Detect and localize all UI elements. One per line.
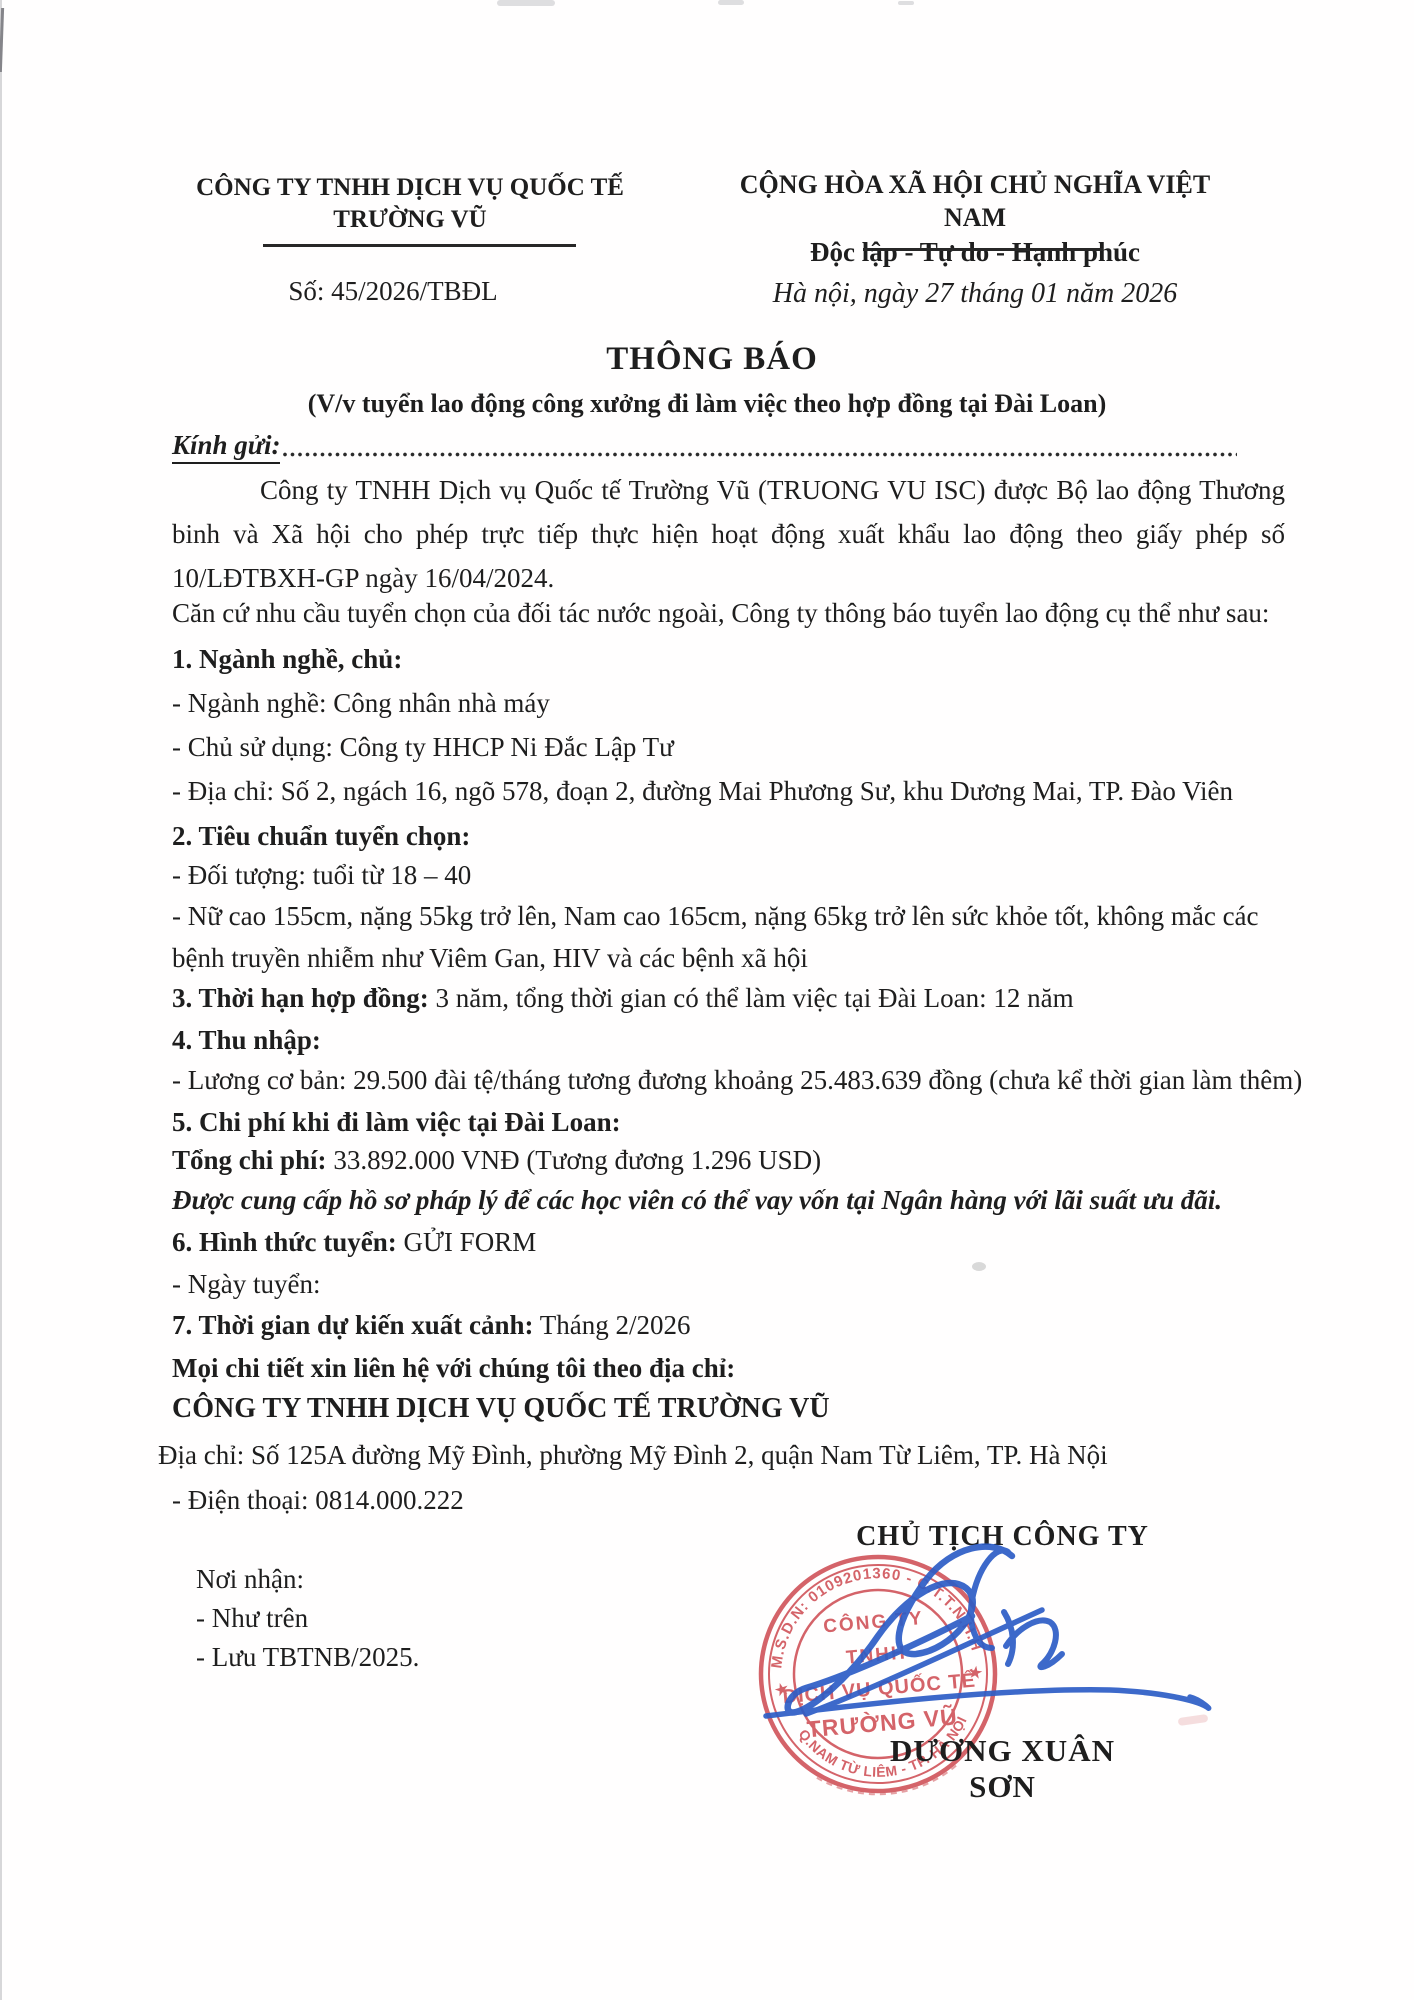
salutation-dotted-leader <box>282 451 1237 458</box>
section-7-label: 7. Thời gian dự kiến xuất cảnh: <box>172 1310 534 1340</box>
recipient-item-2: - Lưu TBTNB/2025. <box>196 1636 419 1678</box>
total-cost-label: Tổng chi phí: <box>172 1145 327 1175</box>
section-2-heading: 2. Tiêu chuẩn tuyển chọn: <box>172 815 470 857</box>
section-6-line: 6. Hình thức tuyển: GỬI FORM <box>172 1221 536 1263</box>
contact-intro-line: Mọi chi tiết xin liên hệ với chúng tôi t… <box>172 1347 735 1389</box>
section-6-value: GỬI FORM <box>397 1227 536 1257</box>
section-3-value: 3 năm, tổng thời gian có thể làm việc tạ… <box>429 983 1074 1013</box>
issuer-underline <box>263 244 576 247</box>
opening-paragraph: Công ty TNHH Dịch vụ Quốc tế Trường Vũ (… <box>172 468 1285 600</box>
job-line: - Ngành nghề: Công nhân nhà máy <box>172 682 550 724</box>
age-requirement-line: - Đối tượng: tuổi từ 18 – 40 <box>172 854 471 896</box>
document-subtitle: (V/v tuyển lao động công xưởng đi làm vi… <box>0 389 1414 419</box>
national-motto: Độc lập - Tự do - Hạnh phúc <box>728 234 1222 270</box>
scan-left-edge-mark <box>0 8 4 72</box>
scan-top-smudge <box>497 0 555 6</box>
employer-address-line: - Địa chỉ: Số 2, ngách 16, ngõ 578, đoạn… <box>172 770 1233 812</box>
total-cost-line: Tổng chi phí: 33.892.000 VNĐ (Tương đươn… <box>172 1139 821 1181</box>
section-5-heading: 5. Chi phí khi đi làm việc tại Đài Loan: <box>172 1101 621 1143</box>
recipient-item-1: - Như trên <box>196 1597 308 1639</box>
contact-phone-line: - Điện thoại: 0814.000.222 <box>172 1479 464 1521</box>
document-number: Số: 45/2026/TBĐL <box>133 276 653 307</box>
issuer-name-line1: CÔNG TY TNHH DỊCH VỤ QUỐC TẾ <box>150 172 670 204</box>
document-title: THÔNG BÁO <box>0 341 1414 378</box>
section-3-label: 3. Thời hạn hợp đồng: <box>172 983 429 1013</box>
health-requirement-line: - Nữ cao 155cm, nặng 55kg trở lên, Nam c… <box>172 895 1285 979</box>
scan-top-smudge <box>718 0 744 5</box>
signature-svg <box>700 1520 1260 1750</box>
section-6-label: 6. Hình thức tuyển: <box>172 1227 397 1257</box>
scan-speck <box>972 1262 986 1271</box>
section-1-heading: 1. Ngành nghề, chủ: <box>172 638 402 680</box>
handwritten-signature <box>700 1520 1260 1750</box>
section-2-label: 2. Tiêu chuẩn tuyển chọn: <box>172 821 470 851</box>
section-5-label: 5. Chi phí khi đi làm việc tại Đài Loan: <box>172 1107 621 1137</box>
salutation-label: Kính gửi: <box>172 430 280 464</box>
scan-top-smudge <box>898 1 914 5</box>
recipients-label: Nơi nhận: <box>196 1558 304 1600</box>
contact-address-line: Địa chỉ: Số 125A đường Mỹ Đình, phường M… <box>158 1434 1108 1476</box>
section-3-line: 3. Thời hạn hợp đồng: 3 năm, tổng thời g… <box>172 977 1074 1019</box>
recruit-date-line: - Ngày tuyển: <box>172 1263 320 1305</box>
contact-company-name: CÔNG TY TNHH DỊCH VỤ QUỐC TẾ TRƯỜNG VŨ <box>172 1388 830 1430</box>
section-4-heading: 4. Thu nhập: <box>172 1019 321 1061</box>
motto-underline <box>863 248 1103 251</box>
issuer-block: CÔNG TY TNHH DỊCH VỤ QUỐC TẾ TRƯỜNG VŨ <box>150 172 670 236</box>
national-title: CỘNG HÒA XÃ HỘI CHỦ NGHĨA VIỆT NAM <box>728 168 1222 234</box>
total-cost-value: 33.892.000 VNĐ (Tương đương 1.296 USD) <box>327 1145 822 1175</box>
section-7-line: 7. Thời gian dự kiến xuất cảnh: Tháng 2/… <box>172 1304 691 1346</box>
loan-note-line: Được cung cấp hồ sơ pháp lý để các học v… <box>172 1179 1222 1221</box>
section-1-label: 1. Ngành nghề, chủ: <box>172 644 402 674</box>
scan-left-edge <box>0 0 2 2000</box>
salary-line: - Lương cơ bản: 29.500 đài tệ/tháng tươn… <box>172 1059 1302 1101</box>
document-page: CÔNG TY TNHH DỊCH VỤ QUỐC TẾ TRƯỜNG VŨ S… <box>0 0 1414 2000</box>
issue-date: Hà nội, ngày 27 tháng 01 năm 2026 <box>728 278 1222 310</box>
section-4-label: 4. Thu nhập: <box>172 1025 321 1055</box>
signer-name: DƯƠNG XUÂN SƠN <box>855 1733 1150 1805</box>
basis-paragraph: Căn cứ nhu cầu tuyển chọn của đối tác nư… <box>172 592 1285 634</box>
section-7-value: Tháng 2/2026 <box>534 1310 691 1340</box>
salutation-line: Kính gửi: <box>172 430 1237 464</box>
employer-line: - Chủ sử dụng: Công ty HHCP Ni Đắc Lập T… <box>172 726 674 768</box>
issuer-name-line2: TRƯỜNG VŨ <box>150 204 670 236</box>
national-motto-block: CỘNG HÒA XÃ HỘI CHỦ NGHĨA VIỆT NAM Độc l… <box>728 168 1222 270</box>
